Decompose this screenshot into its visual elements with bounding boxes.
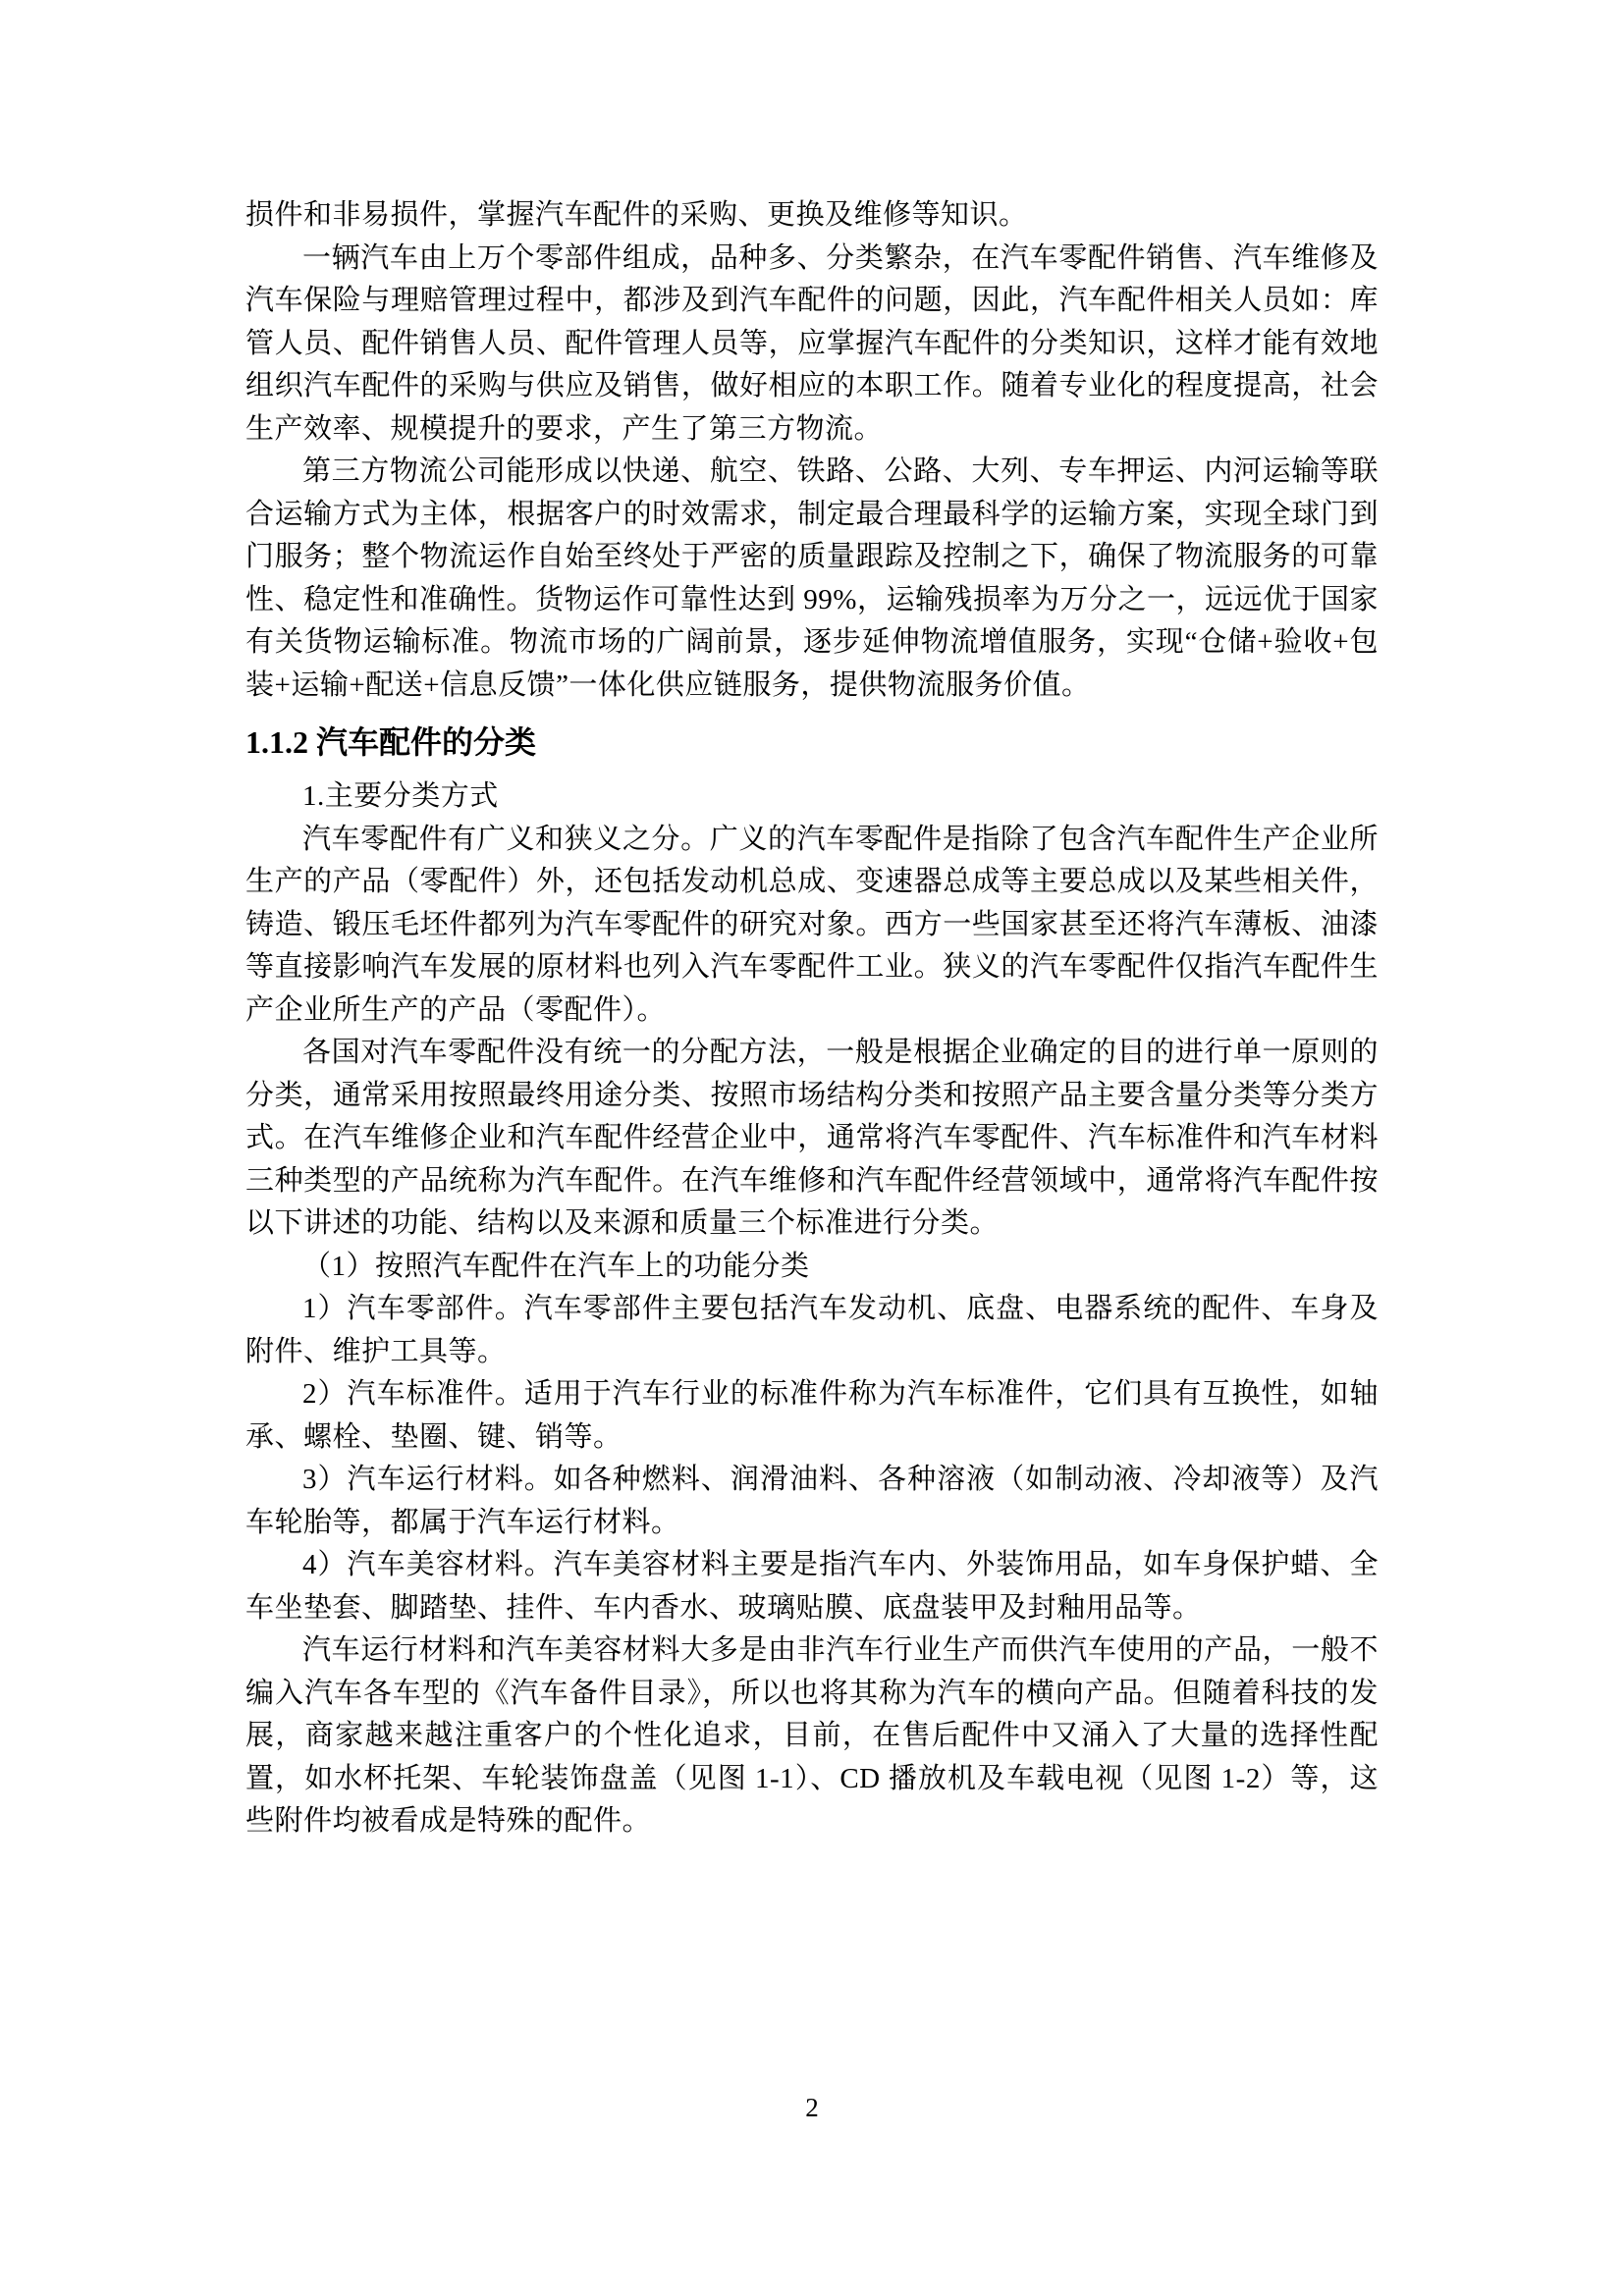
- paragraph: 汽车零配件有广义和狭义之分。广义的汽车零配件是指除了包含汽车配件生产企业所生产的…: [245, 819, 1379, 1033]
- paragraph-subheading: （1）按照汽车配件在汽车上的功能分类: [245, 1246, 1379, 1289]
- document-page: 损件和非易损件，掌握汽车配件的采购、更换及维修等知识。 一辆汽车由上万个零部件组…: [0, 0, 1624, 2296]
- paragraph-list-item: 1）汽车零部件。汽车零部件主要包括汽车发动机、底盘、电器系统的配件、车身及附件、…: [245, 1288, 1379, 1373]
- page-number: 2: [0, 2091, 1624, 2124]
- paragraph-continuation: 损件和非易损件，掌握汽车配件的采购、更换及维修等知识。: [245, 194, 1379, 238]
- paragraph-list-title: 1.主要分类方式: [245, 775, 1379, 819]
- paragraph-list-item: 2）汽车标准件。适用于汽车行业的标准件称为汽车标准件，它们具有互换性，如轴承、螺…: [245, 1373, 1379, 1459]
- paragraph-list-item: 4）汽车美容材料。汽车美容材料主要是指汽车内、外装饰用品，如车身保护蜡、全车坐垫…: [245, 1544, 1379, 1629]
- section-heading: 1.1.2 汽车配件的分类: [245, 721, 1379, 764]
- paragraph-list-item: 3）汽车运行材料。如各种燃料、润滑油料、各种溶液（如制动液、冷却液等）及汽车轮胎…: [245, 1459, 1379, 1544]
- paragraph: 汽车运行材料和汽车美容材料大多是由非汽车行业生产而供汽车使用的产品，一般不编入汽…: [245, 1629, 1379, 1843]
- paragraph: 各国对汽车零配件没有统一的分配方法，一般是根据企业确定的目的进行单一原则的分类，…: [245, 1032, 1379, 1246]
- paragraph: 第三方物流公司能形成以快递、航空、铁路、公路、大列、专车押运、内河运输等联合运输…: [245, 451, 1379, 707]
- paragraph: 一辆汽车由上万个零部件组成，品种多、分类繁杂，在汽车零配件销售、汽车维修及汽车保…: [245, 238, 1379, 452]
- page-content: 损件和非易损件，掌握汽车配件的采购、更换及维修等知识。 一辆汽车由上万个零部件组…: [245, 194, 1379, 1843]
